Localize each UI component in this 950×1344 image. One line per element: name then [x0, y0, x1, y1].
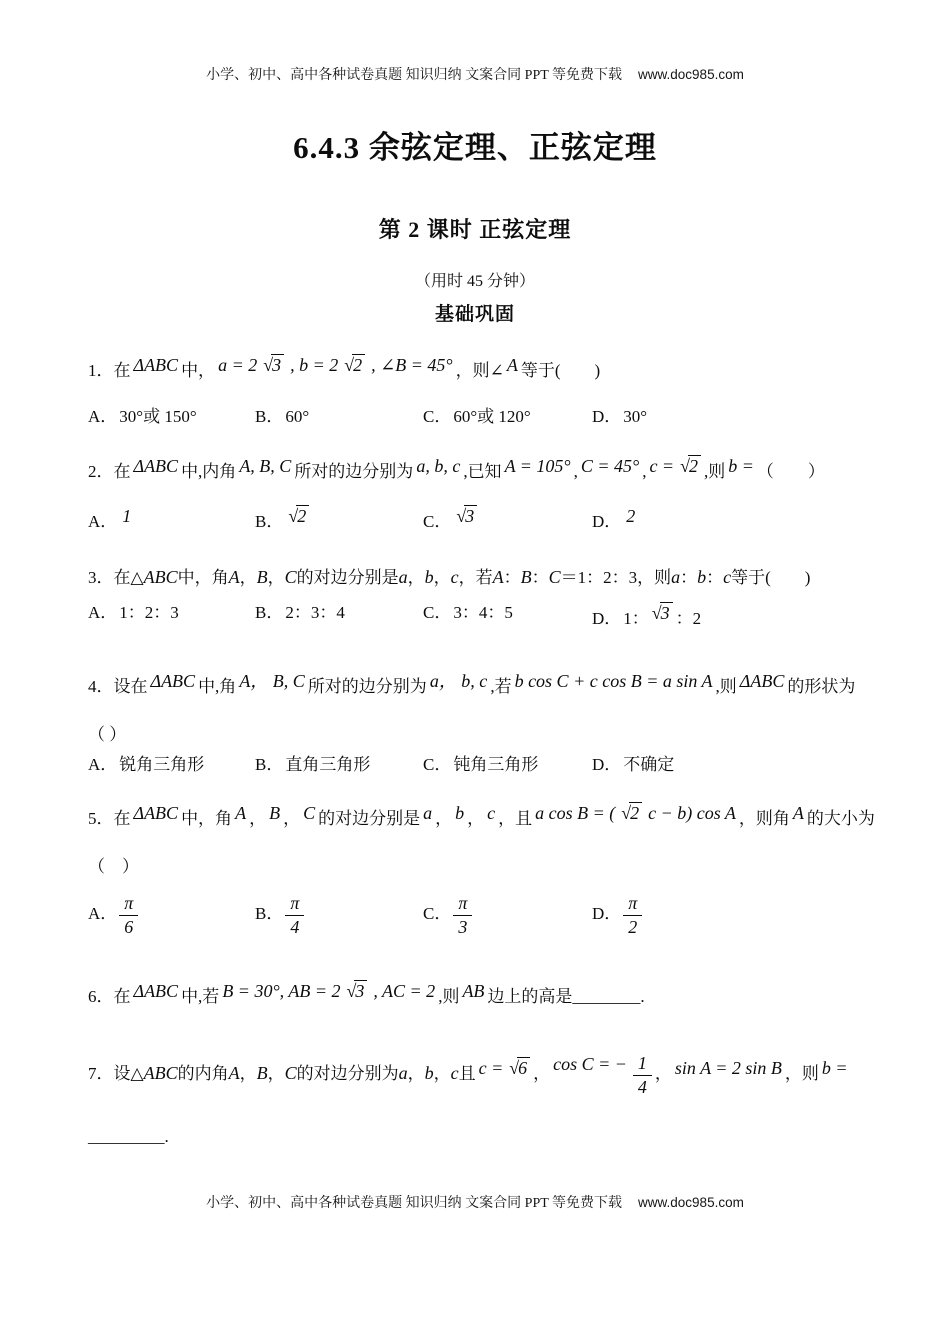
math-run: 2 — [626, 501, 635, 531]
text-run: 所对的边分别为 — [294, 462, 413, 481]
answer-blank-line: （ ） — [88, 720, 910, 750]
math-run: a = 2 — [218, 350, 257, 380]
option-D: D．不确定 — [592, 750, 910, 780]
square-root: √2 — [680, 451, 701, 481]
text-run: ,则 — [438, 987, 459, 1006]
math-run: A — [507, 350, 518, 380]
text-run: （ ） — [757, 462, 825, 481]
text-run: ，若 — [459, 568, 493, 587]
text-run: , — [574, 462, 578, 481]
question-4: 4．设在ΔABC中,角A， B, C所对的边分别为a， b, c,若b cos … — [88, 666, 910, 702]
option-D: D．30° — [592, 402, 910, 432]
option-label: A． — [88, 755, 117, 774]
answer-blank-line: _________. — [88, 1122, 910, 1152]
text-run: 中,角 — [198, 677, 236, 696]
square-root: √3 — [263, 350, 284, 380]
question-text: 5．在ΔABC中，角A，B，C的对边分别是a，b，c，且a cos B = (√… — [88, 798, 910, 834]
text-run: 中，角 — [178, 568, 229, 587]
radicand: 3 — [271, 354, 284, 376]
option-label: A． — [88, 603, 117, 622]
option-C: C．钝角三角形 — [423, 750, 592, 780]
math-run: ABC — [144, 567, 178, 587]
question-6: 6．在ΔABC中,若B = 30°, AB = 2√3, AC = 2,则AB边… — [88, 976, 910, 1012]
option-B: B．√2 — [255, 501, 423, 537]
math-run: cos C = − — [553, 1040, 627, 1088]
math-run: a — [423, 798, 432, 828]
math-run: , AC = 2 — [373, 976, 435, 1006]
text-run: 中,内角 — [181, 462, 236, 481]
option-D: D．2 — [592, 501, 910, 537]
math-run: c = — [649, 451, 674, 481]
option-B: B．2：3：4 — [255, 598, 423, 634]
math-run: B — [269, 798, 280, 828]
option-D: D．π2 — [592, 886, 910, 942]
text-run: ，则∠ — [456, 361, 504, 380]
option-B: B．π4 — [255, 886, 423, 942]
math-run: a， b, c — [430, 666, 488, 696]
text-run: ， — [434, 1064, 451, 1083]
text-run: 2：3：4 — [285, 603, 345, 622]
math-run: ABC — [144, 1063, 178, 1083]
text-run: ，则 — [785, 1064, 819, 1083]
question-text: 4．设在ΔABC中,角A， B, C所对的边分别为a， b, c,若b cos … — [88, 666, 910, 702]
text-run: 锐角三角形 — [119, 755, 204, 774]
text-run: ， — [434, 568, 451, 587]
square-root: √2 — [621, 798, 642, 828]
option-label: D． — [592, 407, 621, 426]
text-run: 直角三角形 — [285, 755, 370, 774]
math-run: ΔABC — [134, 798, 179, 828]
math-run: a — [399, 567, 408, 587]
text-run: 7．设△ — [88, 1064, 144, 1083]
fraction-denominator: 3 — [453, 916, 472, 938]
fraction: π3 — [453, 893, 472, 937]
math-run: C — [285, 567, 297, 587]
math-run: b — [425, 567, 434, 587]
text-run: ： — [504, 568, 521, 587]
option-label: C． — [423, 407, 451, 426]
text-run: ，且 — [498, 809, 532, 828]
text-run: 2．在 — [88, 462, 131, 481]
option-label: D． — [592, 512, 621, 531]
option-label: A． — [88, 904, 117, 923]
text-run: ,若 — [490, 677, 511, 696]
text-run: 不确定 — [623, 755, 674, 774]
math-run: a — [399, 1063, 408, 1083]
square-root: √6 — [509, 1044, 530, 1092]
text-run: 3．在△ — [88, 568, 144, 587]
math-run: c — [451, 567, 459, 587]
text-run: ： — [680, 568, 697, 587]
option-label: B． — [255, 512, 283, 531]
math-run: B — [521, 567, 532, 587]
page-title: 6.4.3 余弦定理、正弦定理 — [0, 126, 950, 170]
option-label: D． — [592, 755, 621, 774]
text-run: ： — [532, 568, 549, 587]
math-run: B = 30°, AB = 2 — [222, 976, 340, 1006]
math-run: A — [229, 567, 240, 587]
fraction-numerator: π — [623, 893, 642, 916]
text-run: ： — [706, 568, 723, 587]
text-run: 的内角 — [178, 1064, 229, 1083]
math-run: a cos B = ( — [535, 798, 615, 828]
math-run: sin A = 2 sin B — [675, 1044, 782, 1092]
question-7: 7．设△ABC的内角A，B，C的对边分别为a，b，c且c = √6，cos C … — [88, 1040, 910, 1098]
math-run: B — [257, 1063, 268, 1083]
text-run: 中，角 — [181, 809, 232, 828]
math-run: , b = 2 — [290, 350, 338, 380]
text-run: 5．在 — [88, 809, 131, 828]
text-run: （ ） — [88, 857, 139, 876]
text-run: 4．设在 — [88, 677, 148, 696]
option-label: D． — [592, 609, 621, 628]
fraction: π4 — [285, 893, 304, 937]
math-run: B — [257, 567, 268, 587]
math-run: A — [793, 798, 804, 828]
text-run: 所对的边分别为 — [308, 677, 427, 696]
math-run: ΔABC — [134, 350, 179, 380]
text-run: 的对边分别为 — [297, 1064, 399, 1083]
option-D: D．1：√3：2 — [592, 598, 910, 634]
option-label: B． — [255, 755, 283, 774]
question-text: 1．在ΔABC中，a = 2√3, b = 2√2, ∠B = 45°，则∠A等… — [88, 350, 910, 386]
option-C: C．π3 — [423, 886, 592, 942]
text-run: 的形状为 — [787, 677, 855, 696]
radicand: 3 — [464, 505, 477, 527]
footer-text: 小学、初中、高中各种试卷真题 知识归纳 文案合同 PPT 等免费下载 — [206, 1196, 622, 1211]
math-run: b — [455, 798, 464, 828]
option-C: C．3：4：5 — [423, 598, 592, 634]
option-A: A．π6 — [88, 886, 255, 942]
math-run: b = — [728, 451, 754, 481]
question-2-options: A．1B．√2C．√3D．2 — [88, 501, 910, 537]
question-5-options: A．π6B．π4C．π3D．π2 — [88, 886, 910, 942]
option-A: A．30°或 150° — [88, 402, 255, 432]
text-run: ， — [533, 1064, 550, 1083]
page-subtitle: 第 2 课时 正弦定理 — [0, 213, 950, 247]
math-run: A， B, C — [239, 666, 305, 696]
math-run: b — [425, 1063, 434, 1083]
fraction-denominator: 2 — [623, 916, 642, 938]
question-3-options: A．1：2：3B．2：3：4C．3：4：5D．1：√3：2 — [88, 598, 910, 634]
square-root: √2 — [344, 350, 365, 380]
text-run: 的对边分别是 — [297, 568, 399, 587]
header-text: 小学、初中、高中各种试卷真题 知识归纳 文案合同 PPT 等免费下载 — [206, 68, 622, 83]
math-run: A — [229, 1063, 240, 1083]
fraction-denominator: 4 — [285, 916, 304, 938]
question-7-second-line: _________. — [88, 1122, 910, 1152]
square-root: √3 — [652, 598, 673, 628]
math-run: c − b) cos A — [648, 798, 736, 828]
math-run: A — [493, 567, 504, 587]
text-run: _________. — [88, 1127, 169, 1146]
text-run: 3：4：5 — [453, 603, 513, 622]
text-run: 60°或 120° — [453, 407, 530, 426]
text-run: 钝角三角形 — [453, 755, 538, 774]
square-root: √3 — [346, 976, 367, 1006]
text-run: 的对边分别是 — [318, 809, 420, 828]
option-A: A．锐角三角形 — [88, 750, 255, 780]
text-run: 等于( ) — [521, 361, 600, 380]
question-text: 3．在△ABC中，角A，B，C的对边分别是a，b，c，若A：B：C＝1：2：3，… — [88, 562, 910, 593]
text-run: ， — [283, 809, 300, 828]
radicand: 2 — [296, 505, 309, 527]
math-run: ΔABC — [134, 451, 179, 481]
option-label: A． — [88, 407, 117, 426]
text-run: ， — [240, 568, 257, 587]
math-run: A = 105° — [505, 451, 571, 481]
question-5-second-line: （ ） — [88, 852, 910, 882]
text-run: ， — [268, 1064, 285, 1083]
question-5: 5．在ΔABC中，角A，B，C的对边分别是a，b，c，且a cos B = (√… — [88, 798, 910, 834]
text-run: 且 — [459, 1064, 476, 1083]
text-run: 1：2：3 — [119, 603, 179, 622]
option-A: A．1 — [88, 501, 255, 537]
fraction-numerator: π — [453, 893, 472, 916]
radicand: 3 — [354, 980, 367, 1002]
math-run: b = — [822, 1044, 848, 1092]
math-run: AB — [462, 976, 484, 1006]
text-run: 30° — [623, 407, 647, 426]
text-run: 6．在 — [88, 987, 131, 1006]
option-label: B． — [255, 407, 283, 426]
fraction-denominator: 4 — [633, 1076, 652, 1098]
text-run: ， — [249, 809, 266, 828]
math-run: c = — [479, 1044, 504, 1092]
option-label: B． — [255, 904, 283, 923]
text-run: ， — [408, 568, 425, 587]
text-run: ， — [268, 568, 285, 587]
text-run: ， — [408, 1064, 425, 1083]
math-run: c — [451, 1063, 459, 1083]
option-C: C．60°或 120° — [423, 402, 592, 432]
question-4-options: A．锐角三角形B．直角三角形C．钝角三角形D．不确定 — [88, 750, 910, 780]
text-run: 1： — [623, 609, 649, 628]
math-run: c — [723, 567, 731, 587]
text-run: 中， — [181, 361, 215, 380]
text-run: ，则角 — [739, 809, 790, 828]
radicand: 2 — [352, 354, 365, 376]
math-run: a, b, c — [416, 451, 460, 481]
radicand: 3 — [660, 602, 673, 624]
question-2: 2．在ΔABC中,内角A, B, C所对的边分别为a, b, c,已知A = 1… — [88, 451, 910, 487]
question-1-options: A．30°或 150°B．60°C．60°或 120°D．30° — [88, 402, 910, 432]
math-run: 1 — [122, 501, 131, 531]
text-run: 1．在 — [88, 361, 131, 380]
text-run: 中,若 — [181, 987, 219, 1006]
text-run: ＝1：2：3，则 — [561, 568, 672, 587]
fraction: 14 — [633, 1053, 652, 1097]
text-run: , — [642, 462, 646, 481]
math-run: a — [671, 567, 680, 587]
option-label: B． — [255, 603, 283, 622]
text-run: （ ） — [88, 725, 126, 744]
option-B: B．60° — [255, 402, 423, 432]
math-run: b — [697, 567, 706, 587]
fraction-numerator: π — [285, 893, 304, 916]
option-label: C． — [423, 512, 451, 531]
page-header: 小学、初中、高中各种试卷真题 知识归纳 文案合同 PPT 等免费下载www.do… — [0, 64, 950, 87]
option-A: A．1：2：3 — [88, 598, 255, 634]
fraction-numerator: π — [119, 893, 138, 916]
question-1: 1．在ΔABC中，a = 2√3, b = 2√2, ∠B = 45°，则∠A等… — [88, 350, 910, 386]
math-run: ΔABC — [740, 666, 785, 696]
text-run: ,则 — [704, 462, 725, 481]
fraction: π2 — [623, 893, 642, 937]
text-run: 30°或 150° — [119, 407, 196, 426]
header-url: www.doc985.com — [638, 67, 744, 82]
question-4-second-line: （ ） — [88, 720, 910, 750]
option-label: C． — [423, 904, 451, 923]
text-run: ：2 — [676, 609, 702, 628]
fraction-denominator: 6 — [119, 916, 138, 938]
text-run: ,已知 — [463, 462, 501, 481]
fraction: π6 — [119, 893, 138, 937]
math-run: ΔABC — [151, 666, 196, 696]
radicand: 2 — [629, 802, 642, 824]
question-3: 3．在△ABC中，角A，B，C的对边分别是a，b，c，若A：B：C＝1：2：3，… — [88, 562, 910, 593]
radicand: 2 — [688, 455, 701, 477]
text-run: 边上的高是________. — [487, 987, 644, 1006]
option-B: B．直角三角形 — [255, 750, 423, 780]
square-root: √2 — [288, 501, 309, 531]
text-run: 的大小为 — [807, 809, 875, 828]
answer-blank-line: （ ） — [88, 852, 910, 882]
duration-note: （用时 45 分钟） — [0, 269, 950, 295]
math-run: C — [285, 1063, 297, 1083]
text-run: ,则 — [716, 677, 737, 696]
text-run: ， — [467, 809, 484, 828]
option-label: C． — [423, 603, 451, 622]
text-run: ， — [240, 1064, 257, 1083]
option-label: C． — [423, 755, 451, 774]
math-run: c — [487, 798, 495, 828]
text-run: 60° — [285, 407, 309, 426]
math-run: ΔABC — [134, 976, 179, 1006]
text-run: ， — [435, 809, 452, 828]
option-label: D． — [592, 904, 621, 923]
square-root: √3 — [456, 501, 477, 531]
question-text: 2．在ΔABC中,内角A, B, C所对的边分别为a, b, c,已知A = 1… — [88, 451, 910, 487]
footer-url: www.doc985.com — [638, 1195, 744, 1210]
text-run: 等于( ) — [731, 568, 810, 587]
text-run: ， — [655, 1064, 672, 1083]
math-run: C — [303, 798, 315, 828]
math-run: A, B, C — [239, 451, 291, 481]
option-label: A． — [88, 512, 117, 531]
option-C: C．√3 — [423, 501, 592, 537]
document-page: 小学、初中、高中各种试卷真题 知识归纳 文案合同 PPT 等免费下载www.do… — [0, 0, 950, 1344]
math-run: A — [235, 798, 246, 828]
radicand: 6 — [517, 1057, 530, 1079]
math-run: C = 45° — [581, 451, 639, 481]
page-footer: 小学、初中、高中各种试卷真题 知识归纳 文案合同 PPT 等免费下载www.do… — [0, 1192, 950, 1215]
question-text: 7．设△ABC的内角A，B，C的对边分别为a，b，c且c = √6，cos C … — [88, 1040, 910, 1098]
question-text: 6．在ΔABC中,若B = 30°, AB = 2√3, AC = 2,则AB边… — [88, 976, 910, 1012]
math-run: , ∠B = 45° — [371, 350, 452, 380]
math-run: C — [549, 567, 561, 587]
section-heading: 基础巩固 — [0, 301, 950, 329]
fraction-numerator: 1 — [633, 1053, 652, 1076]
math-run: b cos C + c cos B = a sin A — [515, 666, 713, 696]
